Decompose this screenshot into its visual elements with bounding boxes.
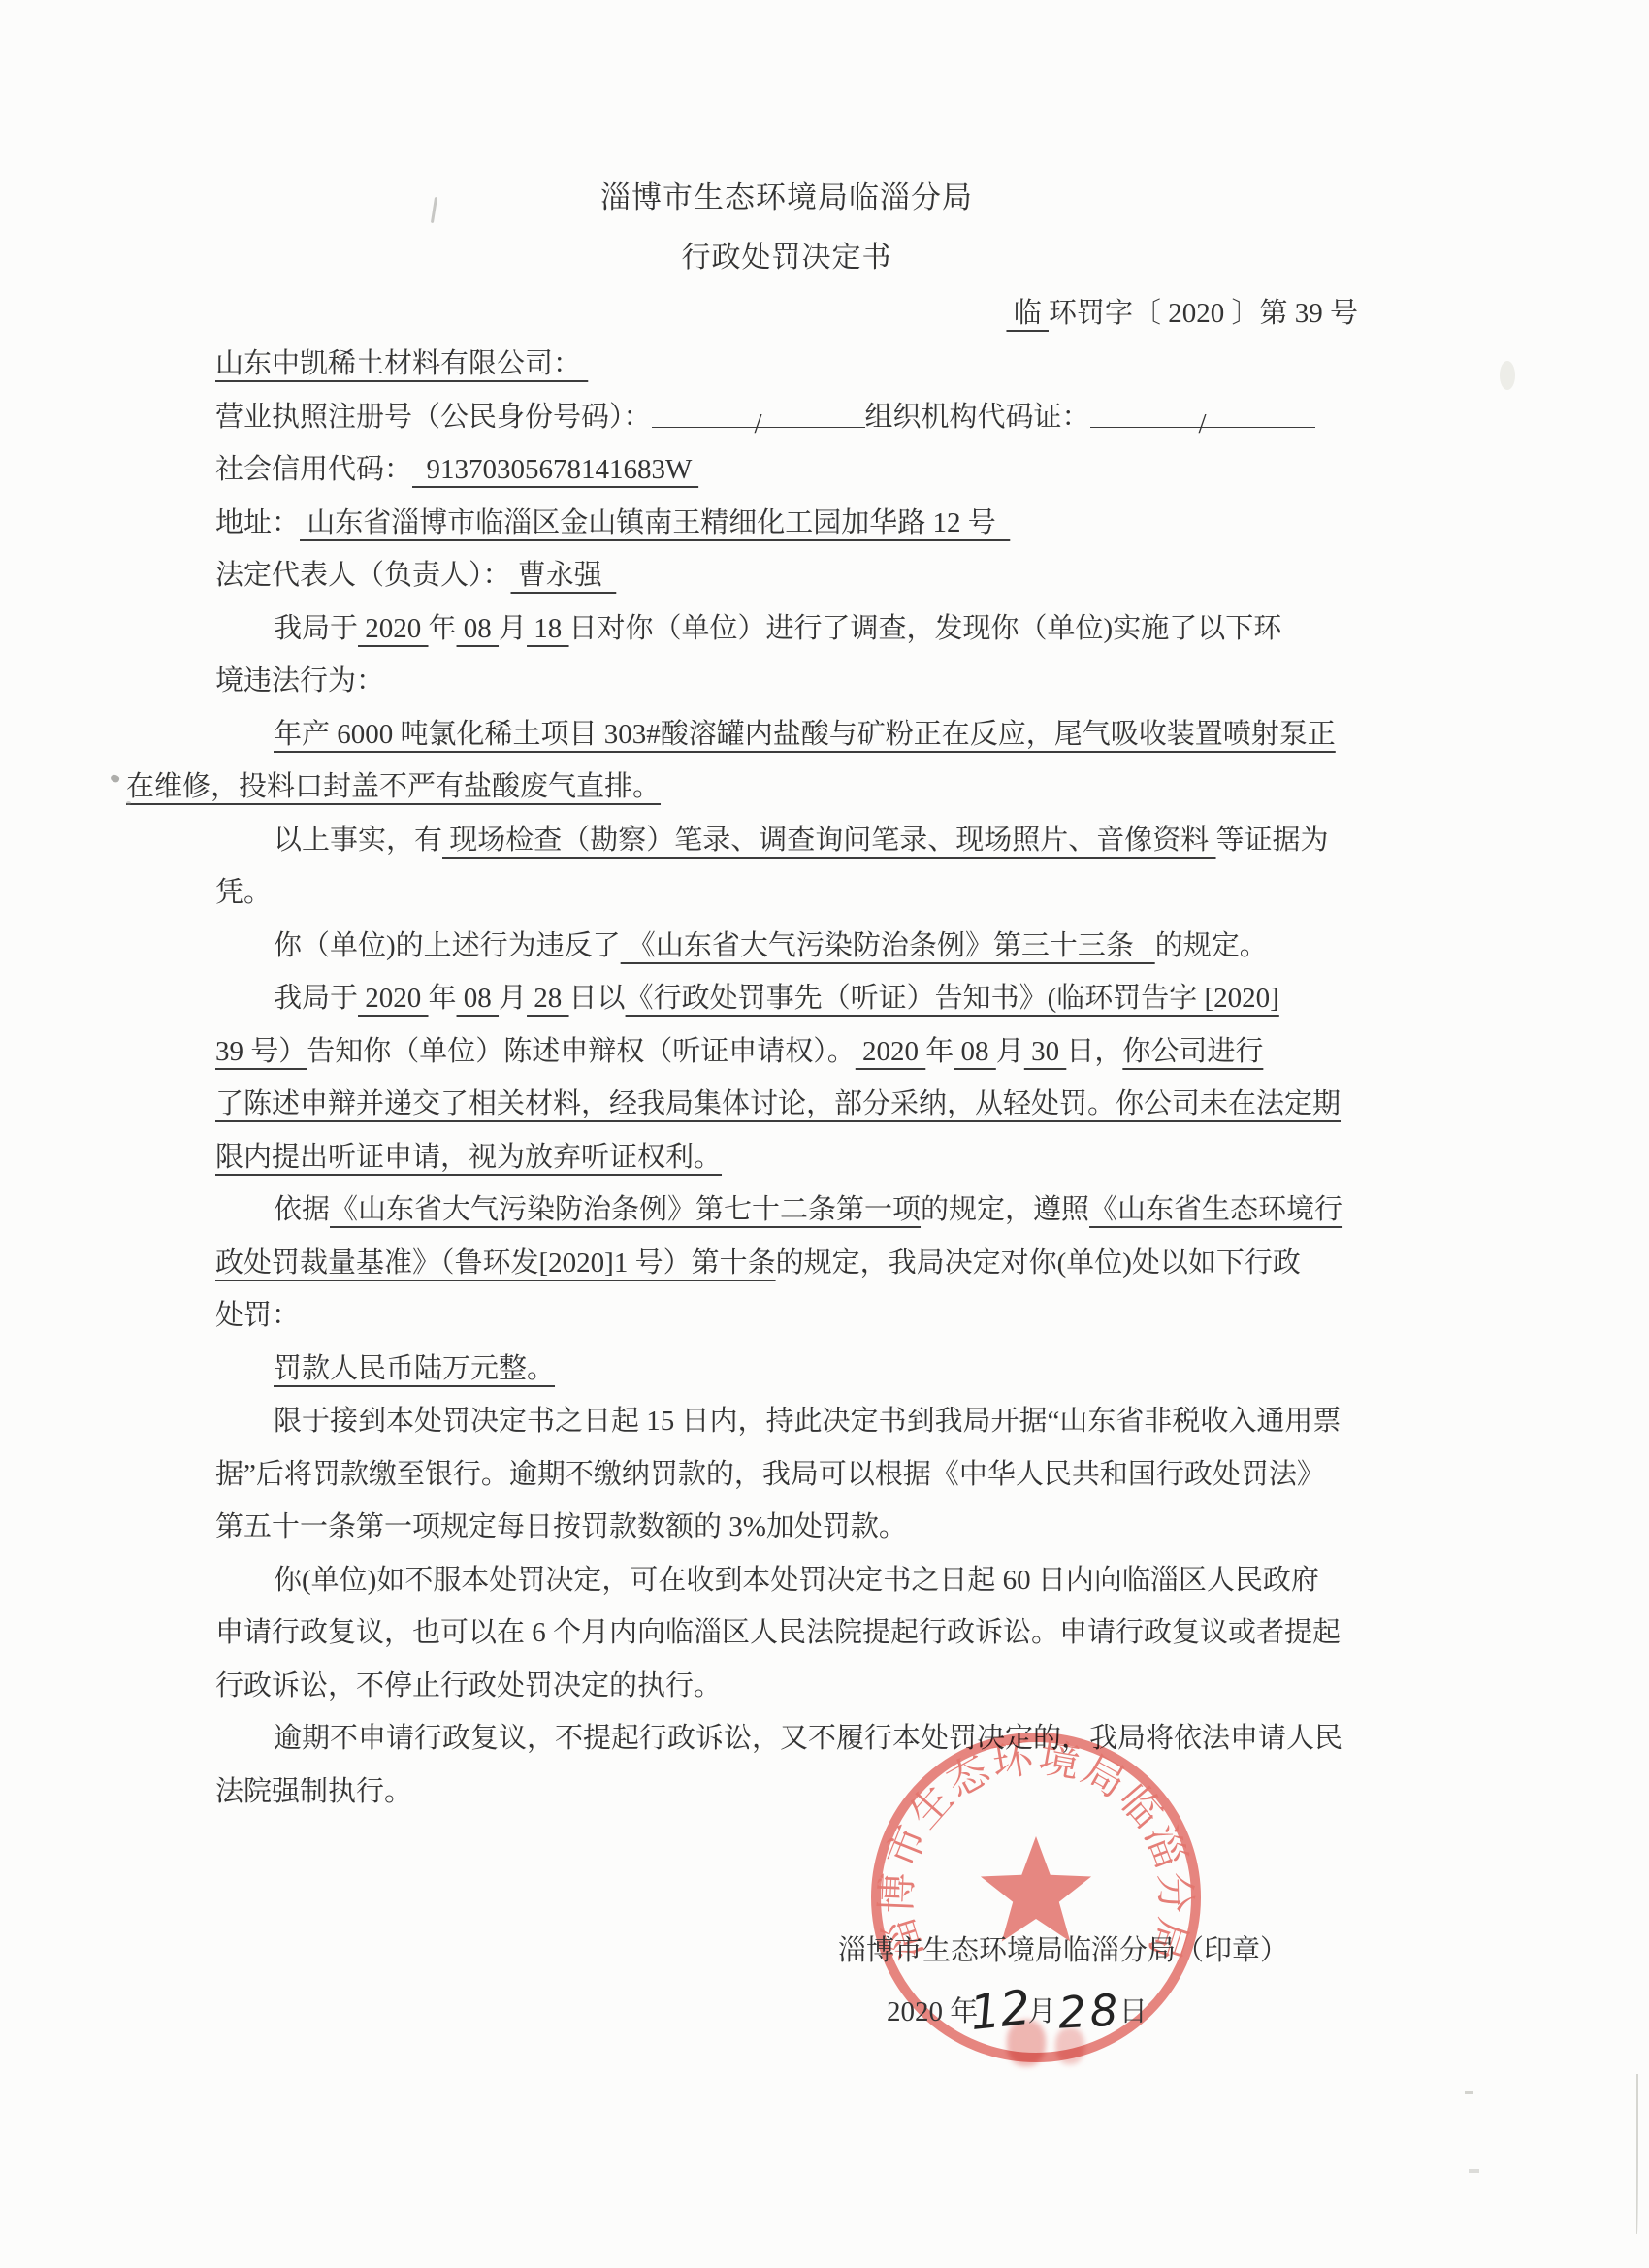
handwritten-month: 12: [967, 1980, 1033, 2041]
text-segment: 的规定，我局决定对你(单位)处以如下行政: [776, 1247, 1301, 1279]
scanned-document-page: 淄博市生态环境局临淄分局 行政处罚决定书 临 环罚字〔 2020 〕第 39 号…: [0, 0, 1649, 2268]
text-segment: 《山东省大气污染防治条例》第七十二条第一项: [330, 1194, 921, 1225]
text-segment: 限内提出听证申请，视为放弃听证权利。: [215, 1142, 722, 1173]
text-line: 39 号）告知你（单位）陈述申辩权（听证申请权）。 2020 年 08 月 30…: [215, 1025, 1370, 1079]
document-type-title: 行政处罚决定书: [215, 233, 1358, 275]
text-segment: 行政诉讼，不停止行政处罚决定的执行。: [215, 1670, 722, 1701]
text-line: 山东中凯稀土材料有限公司：: [215, 338, 1370, 391]
text-segment: 月: [499, 613, 527, 644]
text-line: 我局于 2020 年 08 月 18 日对你（单位）进行了调查，发现你（单位)实…: [215, 602, 1370, 656]
text-segment: 日对你（单位）进行了调查，发现你（单位)实施了以下环: [569, 613, 1282, 644]
text-segment: 年: [925, 1036, 954, 1067]
scan-artifact: [126, 801, 131, 805]
text-segment: 第五十一条第一项规定每日按罚款数额的 3%加处罚款。: [215, 1511, 907, 1542]
text-line: 申请行政复议，也可以在 6 个月内向临淄区人民法院提起行政诉讼。申请行政复议或者…: [215, 1606, 1370, 1660]
text-segment: 境违法行为：: [215, 665, 384, 697]
text-segment: 《行政处罚事先（听证）告知书》(临环罚告字 [2020]: [626, 983, 1279, 1014]
text-segment: 日以: [569, 983, 626, 1014]
text-segment: 28: [527, 983, 569, 1014]
text-segment: 申请行政复议，也可以在 6 个月内向临淄区人民法院提起行政诉讼。申请行政复议或者…: [215, 1617, 1341, 1648]
issuer-signature: 淄博市生态环境局临淄分局（印章）: [838, 1928, 1288, 1968]
text-segment: 08: [457, 983, 500, 1014]
text-segment: 等证据为: [1216, 825, 1329, 856]
blank-field: /: [652, 398, 865, 429]
text-segment: 08: [954, 1036, 996, 1067]
document-number-rest: 环罚字〔 2020 〕第 39 号: [1049, 298, 1358, 329]
date-day-label: 日: [1119, 1996, 1148, 2027]
text-segment: 的规定，遵照: [921, 1194, 1089, 1225]
text-line: 政处罚裁量基准》（鲁环发[2020]1 号）第十条的规定，我局决定对你(单位)处…: [215, 1237, 1370, 1290]
text-line: 地址： 山东省淄博市临淄区金山镇南王精细化工园加华路 12 号: [215, 497, 1370, 550]
text-segment: 依据: [274, 1194, 330, 1225]
text-segment: 我局于: [274, 983, 358, 1014]
text-segment: 39 号）: [215, 1036, 307, 1067]
text-segment: 你公司进行: [1122, 1036, 1263, 1067]
text-line: 在维修，投料口封盖不严有盐酸废气直排。: [126, 761, 1370, 814]
text-line: 据”后将罚款缴至银行。逾期不缴纳罚款的，我局可以根据《中华人民共和国行政处罚法》: [215, 1448, 1370, 1502]
text-segment: 2020: [358, 983, 429, 1014]
document-number: 临 环罚字〔 2020 〕第 39 号: [215, 291, 1358, 331]
text-line: 了陈述申辩并递交了相关材料，经我局集体讨论，部分采纳，从轻处罚。你公司未在法定期: [215, 1078, 1370, 1131]
text-segment: 2020: [856, 1036, 926, 1067]
text-segment: 以上事实，有: [274, 825, 442, 856]
text-line: 境违法行为：: [215, 655, 1370, 708]
text-line: 处罚：: [215, 1289, 1370, 1343]
text-segment: 日，: [1066, 1036, 1122, 1067]
text-segment: 了陈述申辩并递交了相关材料，经我局集体讨论，部分采纳，从轻处罚。你公司未在法定期: [215, 1088, 1341, 1119]
text-segment: 营业执照注册号（公民身份号码）：: [215, 402, 652, 433]
text-segment: 91370305678141683W: [412, 454, 698, 485]
text-line: 你（单位)的上述行为违反了 《山东省大气污染防治条例》第三十三条 的规定。: [215, 920, 1370, 973]
text-line: 罚款人民币陆万元整。: [215, 1343, 1370, 1396]
date-year: 2020 年: [887, 1996, 978, 2027]
decision-date: 2020 年12月28日: [887, 1983, 1148, 2038]
text-line: 以上事实，有 现场检查（勘察）笔录、调查询问笔录、现场照片、音像资料 等证据为: [215, 814, 1370, 867]
text-segment: 地址：: [215, 507, 300, 538]
text-segment: 年产 6000 吨氯化稀土项目 303#酸溶罐内盐酸与矿粉正在反应，尾气吸收装置…: [274, 719, 1336, 750]
text-line: 年产 6000 吨氯化稀土项目 303#酸溶罐内盐酸与矿粉正在反应，尾气吸收装置…: [215, 708, 1370, 761]
blank-field: /: [1090, 398, 1315, 429]
text-segment: 罚款人民币陆万元整。: [274, 1353, 555, 1384]
text-segment: 月: [996, 1036, 1024, 1067]
text-segment: 曹永强: [511, 560, 617, 591]
text-segment: 山东省淄博市临淄区金山镇南王精细化工园加华路 12 号: [300, 507, 1010, 538]
page-edge-artifact: [1636, 2074, 1638, 2234]
scan-artifact: [1465, 2091, 1473, 2094]
text-segment: 《山东省生态环境行: [1089, 1194, 1342, 1225]
text-line: 你(单位)如不服本处罚决定，可在收到本处罚决定书之日起 60 日内向临淄区人民政…: [215, 1554, 1370, 1607]
text-line: 行政诉讼，不停止行政处罚决定的执行。: [215, 1660, 1370, 1713]
text-segment: 据”后将罚款缴至银行。逾期不缴纳罚款的，我局可以根据《中华人民共和国行政处罚法》: [215, 1459, 1325, 1490]
scan-artifact: [1469, 2169, 1479, 2173]
text-line: 法定代表人（负责人）： 曹永强: [215, 549, 1370, 602]
text-segment: 《山东省大气污染防治条例》第三十三条: [621, 930, 1155, 961]
text-segment: 月: [499, 983, 527, 1014]
text-segment: 政处罚裁量基准》（鲁环发[2020]1 号）第十条: [215, 1247, 776, 1279]
text-segment: 凭。: [215, 877, 272, 908]
text-segment: 的规定。: [1155, 930, 1268, 961]
seal-star-icon: [981, 1836, 1091, 1942]
text-segment: 社会信用代码：: [215, 454, 412, 485]
text-line: 依据《山东省大气污染防治条例》第七十二条第一项的规定，遵照《山东省生态环境行: [215, 1183, 1370, 1237]
text-line: 第五十一条第一项规定每日按罚款数额的 3%加处罚款。: [215, 1501, 1370, 1554]
text-segment: 2020: [358, 613, 429, 644]
text-segment: 处罚：: [215, 1300, 300, 1331]
text-line: 限内提出听证申请，视为放弃听证权利。: [215, 1131, 1370, 1184]
text-segment: 在维修，投料口封盖不严有盐酸废气直排。: [126, 771, 661, 802]
text-segment: 08: [457, 613, 500, 644]
handwritten-day: 28: [1056, 1984, 1122, 2038]
text-segment: 我局于: [274, 613, 358, 644]
text-segment: 法定代表人（负责人）：: [215, 560, 511, 591]
text-segment: 你(单位)如不服本处罚决定，可在收到本处罚决定书之日起 60 日内向临淄区人民政…: [274, 1565, 1319, 1596]
text-segment: 组织机构代码证：: [865, 402, 1090, 433]
text-segment: 法院强制执行。: [215, 1776, 412, 1807]
text-line: 我局于 2020 年 08 月 28 日以《行政处罚事先（听证）告知书》(临环罚…: [215, 972, 1370, 1025]
text-line: 营业执照注册号（公民身份号码）：/组织机构代码证：/: [215, 391, 1370, 444]
text-segment: 现场检查（勘察）笔录、调查询问笔录、现场照片、音像资料: [442, 825, 1216, 856]
text-line: 凭。: [215, 866, 1370, 920]
text-segment: 限于接到本处罚决定书之日起 15 日内，持此决定书到我局开据“山东省非税收入通用…: [274, 1406, 1341, 1437]
body-lines: 山东中凯稀土材料有限公司： 营业执照注册号（公民身份号码）：/组织机构代码证：/…: [215, 338, 1370, 1818]
text-segment: 告知你（单位）陈述申辩权（听证申请权）。: [307, 1036, 856, 1067]
text-segment: 山东中凯稀土材料有限公司：: [215, 348, 588, 379]
text-segment: 18: [527, 613, 569, 644]
text-line: 社会信用代码： 91370305678141683W: [215, 443, 1370, 497]
text-segment: 30: [1024, 1036, 1067, 1067]
text-line: 限于接到本处罚决定书之日起 15 日内，持此决定书到我局开据“山东省非税收入通用…: [215, 1395, 1370, 1448]
document-number-prefix: 临: [1006, 298, 1049, 329]
scan-artifact: [1500, 361, 1515, 390]
scan-artifact: [110, 773, 120, 783]
page-title: 淄博市生态环境局临淄分局: [215, 173, 1358, 216]
text-segment: 年: [429, 613, 457, 644]
text-segment: 年: [429, 983, 457, 1014]
text-segment: 你（单位)的上述行为违反了: [274, 930, 621, 961]
